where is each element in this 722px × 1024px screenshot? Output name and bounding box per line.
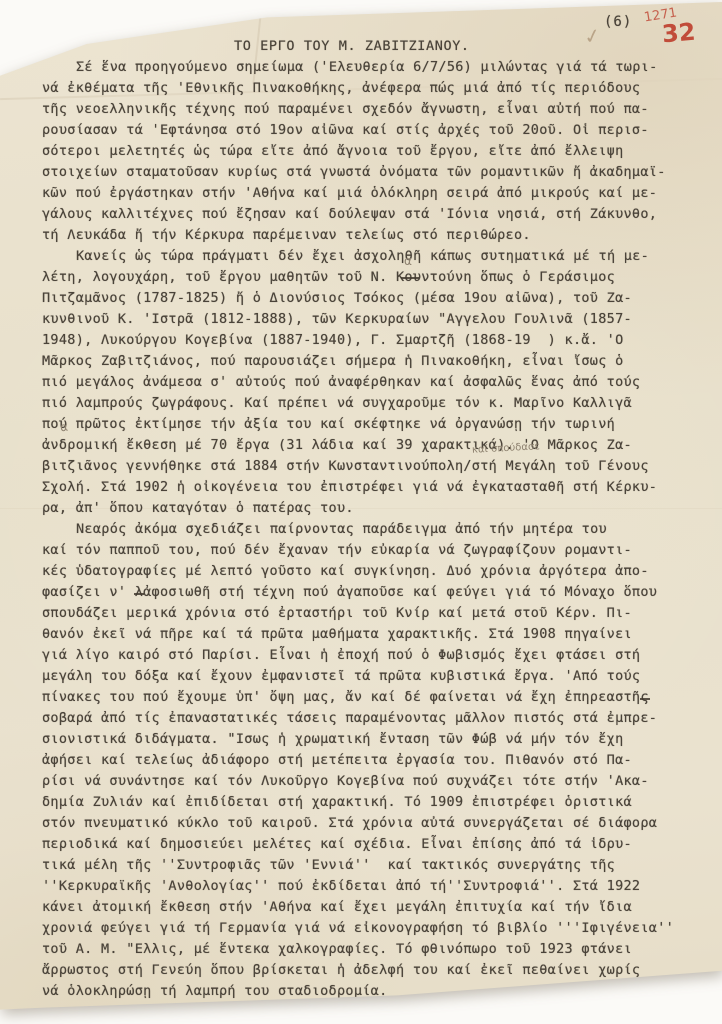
text-line: 1948), Λυκούργου Κογεβίνα (1887-1940), Γ…: [42, 330, 702, 351]
handwritten-number-upper: 1271: [643, 6, 678, 26]
text-line: ἀνδρομική ἔκθεση μέ 70 ἔργα (31 λάδια κα…: [42, 435, 702, 456]
text-line: πιό μεγάλος ἀνάμεσα σ' αὐτούς πού ἀναφέρ…: [42, 372, 702, 393]
text-line: Μᾶρκος Ζαβιτζιάνος, πού παρουσιάζει σήμε…: [42, 351, 702, 372]
text-line: ἀφήσει καί τελείως ἀδιάφορο στή μετέπειτ…: [42, 750, 702, 771]
text-line: πίνακες του πού ἔχουμε ὑπ' ὄψη μας, ἄν κ…: [42, 687, 702, 708]
text-line: τή Λευκάδα ἤ τήν Κέρκυρα παρέμειναν τελε…: [42, 225, 702, 246]
text-line: Πιτζαμᾶνος (1787-1825) ἤ ὁ Διονύσιος Τσό…: [42, 288, 702, 309]
text-line: βιτζιᾶνος γεννήθηκε στά 1884 στήν Κωνστα…: [42, 456, 702, 477]
text-line: λέτη, λογουχάρη, τοῦ ἔργου μαθητῶν τοῦ Ν…: [42, 267, 702, 288]
text-line: περιοδικά καί δημοσιεύει μελέτες καί σχέ…: [42, 834, 702, 855]
text-line: κές ὑδατογραφίες μέ λεπτό γοῦστο καί συγ…: [42, 561, 702, 582]
text-line: γιά λίγο καιρό στό Παρίσι. Εἶναι ἡ ἐποχή…: [42, 645, 702, 666]
scanned-page: (6) ✓ 1271 32 ΤΟ ΕΡΓΟ ΤΟΥ Μ. ΖΑΒΙΤΖΙΑΝΟΥ…: [0, 0, 722, 1024]
page-number: (6): [604, 14, 632, 30]
text-line: κυνθινοῦ Κ. 'Ιστρᾶ (1812-1888), τῶν Κερκ…: [42, 309, 702, 330]
paper-sheet: (6) ✓ 1271 32 ΤΟ ΕΡΓΟ ΤΟΥ Μ. ΖΑΒΙΤΖΙΑΝΟΥ…: [0, 0, 722, 1024]
text-line: νά ὁλοκληρώσῃ τή λαμπρή του σταδιοδρομία…: [42, 981, 702, 1002]
document-title: ΤΟ ΕΡΓΟ ΤΟΥ Μ. ΖΑΒΙΤΖΙΑΝΟΥ.: [234, 36, 702, 57]
text-line: στοιχείων σταματοῦσαν κυρίως στά γνωστά …: [42, 162, 702, 183]
text-line: σιονιστικά διδάγματα. "Ισως ἡ χρωματική …: [42, 729, 702, 750]
text-line: τῆς νεοελληνικῆς τέχνης πού παραμένει σχ…: [42, 99, 702, 120]
text-line: Σχολή. Στά 1902 ἡ οἰκογένεια του ἐπιστρέ…: [42, 477, 702, 498]
text-line: ρίσι νά συνάντησε καί τόν Λυκοῦργο Κογεβ…: [42, 771, 702, 792]
text-line: καί τόν παπποῦ του, πού δέν ἔχαναν τήν ε…: [42, 540, 702, 561]
text-line: φασίζει ν' λἀφοσιωθῆ στή τέχνη πού ἀγαπο…: [42, 582, 702, 603]
text-line: σπουδάζει μερικά χρόνια στό ἐρταστήρι το…: [42, 603, 702, 624]
text-line: θανόν ἐκεῖ νά πῆρε καί τά πρῶτα μαθήματα…: [42, 624, 702, 645]
text-line: κάνει ἀτομική ἔκθεση στήν 'Αθήνα καί ἔχε…: [42, 897, 702, 918]
text-line: κῶν πού ἐργάστηκαν στήν 'Αθήνα καί μιά ὁ…: [42, 183, 702, 204]
text-line: στόν πνευματικό κύκλο τοῦ καιροῦ. Στά χρ…: [42, 813, 702, 834]
text-line: τοῦ Α. Μ. "Ελλις, μέ ἕντεκα χαλκογραφίες…: [42, 939, 702, 960]
text-line: ρουσίασαν τά 'Εφτάνησα στό 19ον αἰῶνα κα…: [42, 120, 702, 141]
text-line: μεγάλη του δόξα καί ἔχουν ἐμφανιστεῖ τά …: [42, 666, 702, 687]
typewritten-text: ΤΟ ΕΡΓΟ ΤΟΥ Μ. ΖΑΒΙΤΖΙΑΝΟΥ. Σέ ἕνα προηγ…: [42, 36, 702, 1002]
text-line: Κανείς ὡς τώρα πράγματι δέν ἔχει ἀσχοληθ…: [42, 246, 702, 267]
text-line: σότεροι μελετητές ὡς τώρα εἴτε ἀπό ἄγνοι…: [42, 141, 702, 162]
text-line: ''Κερκυραϊκῆς 'Ανθολογίας'' πού ἐκδίδετα…: [42, 876, 702, 897]
text-line: νά ἐκθέματα τῆς 'Εθνικῆς Πινακοθήκης, ἀν…: [42, 78, 702, 99]
text-line: πιό λαμπρούς ζωγράφους. Καί πρέπει νά συ…: [42, 393, 702, 414]
text-line: Νεαρός ἀκόμα σχεδιάζει παίρνοντας παράδε…: [42, 519, 702, 540]
text-line: σοβαρά ἀπό τίς ἐπαναστατικές τάσεις παρα…: [42, 708, 702, 729]
text-line: ἄρρωστος στή Γενεύη ὅπου βρίσκεται ἡ ἀδε…: [42, 960, 702, 981]
text-line: χρονιά φεύγει γιά τή Γερμανία γιά νά εἰκ…: [42, 918, 702, 939]
text-line: γάλους καλλιτέχνες πού ἔζησαν καί δούλεψ…: [42, 204, 702, 225]
text-lines: Σέ ἕνα προηγούμενο σημείωμα ('Ελευθερία …: [42, 57, 702, 1002]
text-line: ρα, ἀπ' ὅπου καταγόταν ὁ πατέρας του.: [42, 498, 702, 519]
text-line: τικά μέλη τῆς ''Συντροφιᾶς τῶν 'Εννιά'' …: [42, 855, 702, 876]
text-line: δημία Ζυλιάν καί ἐπιδίδεται στή χαρακτικ…: [42, 792, 702, 813]
text-line: Σέ ἕνα προηγούμενο σημείωμα ('Ελευθερία …: [42, 57, 702, 78]
text-line: πού πρῶτος ἐκτίμησε τήν ἀξία του καί σκέ…: [42, 414, 702, 435]
